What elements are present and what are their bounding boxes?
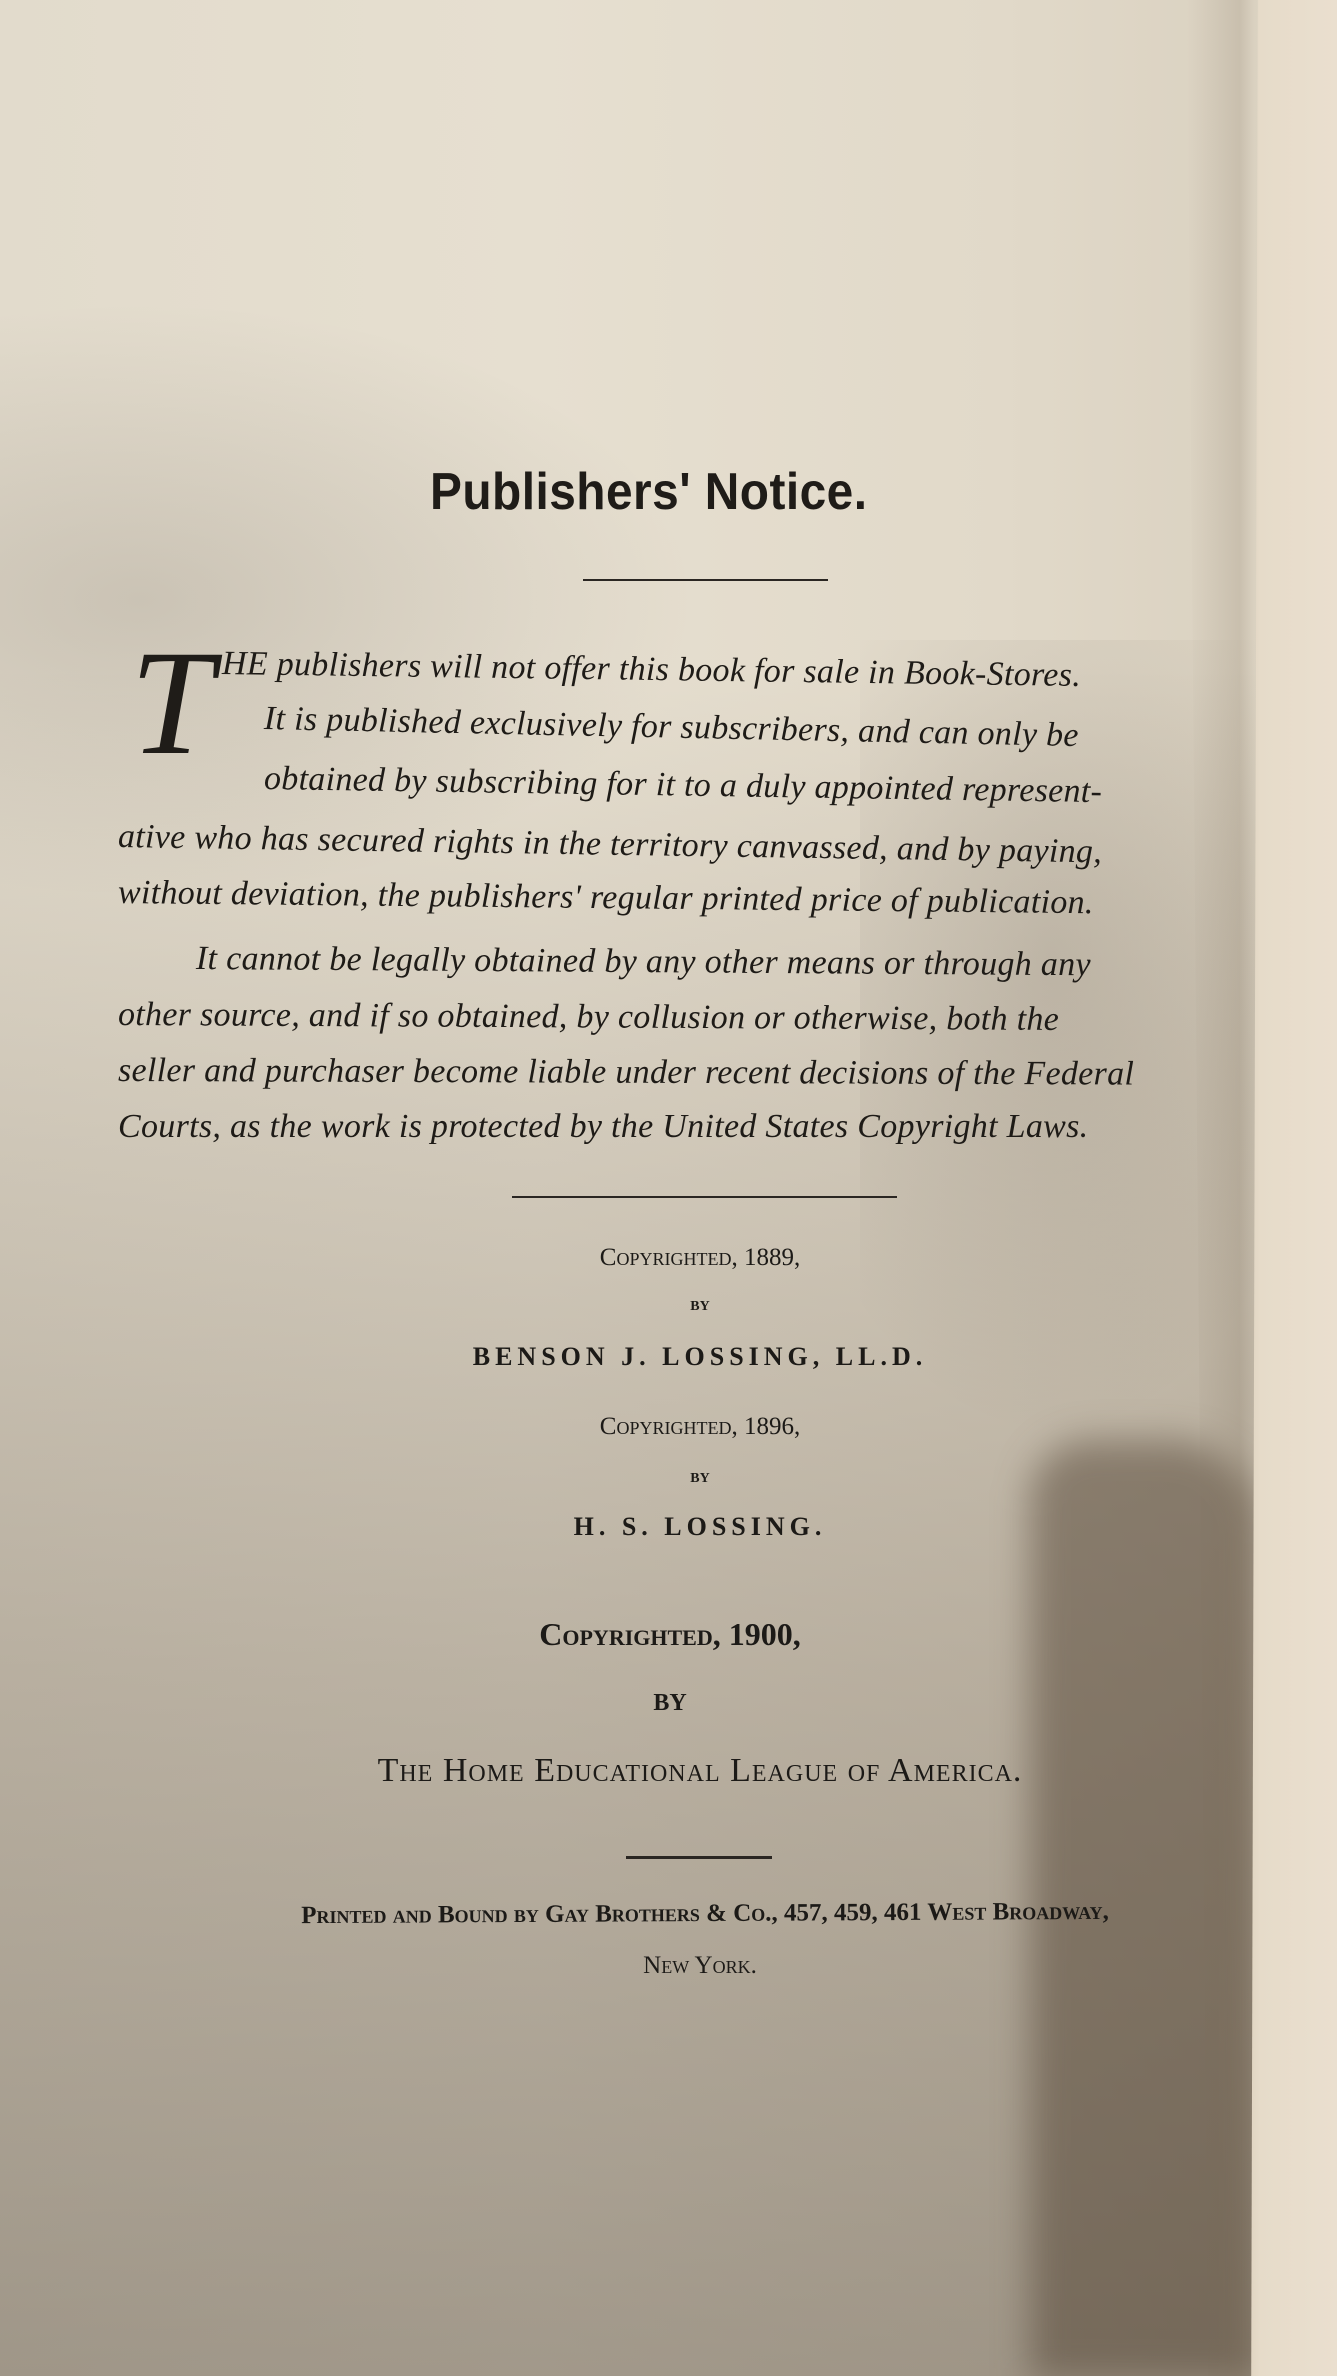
notice-line: Courts, as the work is protected by the … [118, 1108, 1088, 1146]
notice-line: HE publishers will not offer this book f… [222, 645, 1082, 695]
notice-line: seller and purchaser become liable under… [118, 1052, 1134, 1094]
notice-line: It cannot be legally obtained by any oth… [196, 940, 1091, 984]
notice-line: ative who has secured rights in the terr… [118, 818, 1103, 871]
copyright-1900-label: Copyrighted, 1900, [370, 1616, 970, 1653]
copyright-1896-holder: H. S. LOSSING. [400, 1512, 1000, 1542]
page-content: Publishers' Notice. T HE publishers will… [0, 0, 1337, 2376]
copyright-1900-by: BY [370, 1690, 970, 1717]
page-title: Publishers' Notice. [430, 462, 868, 522]
drop-cap: T [130, 628, 213, 778]
notice-line: It is published exclusively for subscrib… [264, 700, 1080, 755]
title-divider [583, 579, 828, 581]
copyright-1889-label: Copyrighted, 1889, [400, 1244, 1000, 1272]
section-divider [512, 1196, 897, 1198]
copyright-1889-holder: BENSON J. LOSSING, LL.D. [400, 1342, 1000, 1372]
printer-imprint: Printed and Bound by Gay Brothers & Co.,… [140, 1897, 1270, 1931]
notice-line: without deviation, the publishers' regul… [118, 874, 1094, 922]
imprint-divider [626, 1856, 772, 1859]
copyright-1900-holder: The Home Educational League of America. [200, 1752, 1200, 1790]
notice-line: obtained by subscribing for it to a duly… [264, 760, 1103, 811]
notice-line: other source, and if so obtained, by col… [118, 996, 1059, 1039]
copyright-1889-by: by [400, 1293, 1000, 1316]
printer-city: New York. [400, 1952, 1000, 1980]
copyright-1896-label: Copyrighted, 1896, [400, 1413, 1000, 1441]
copyright-1896-by: by [400, 1465, 1000, 1488]
